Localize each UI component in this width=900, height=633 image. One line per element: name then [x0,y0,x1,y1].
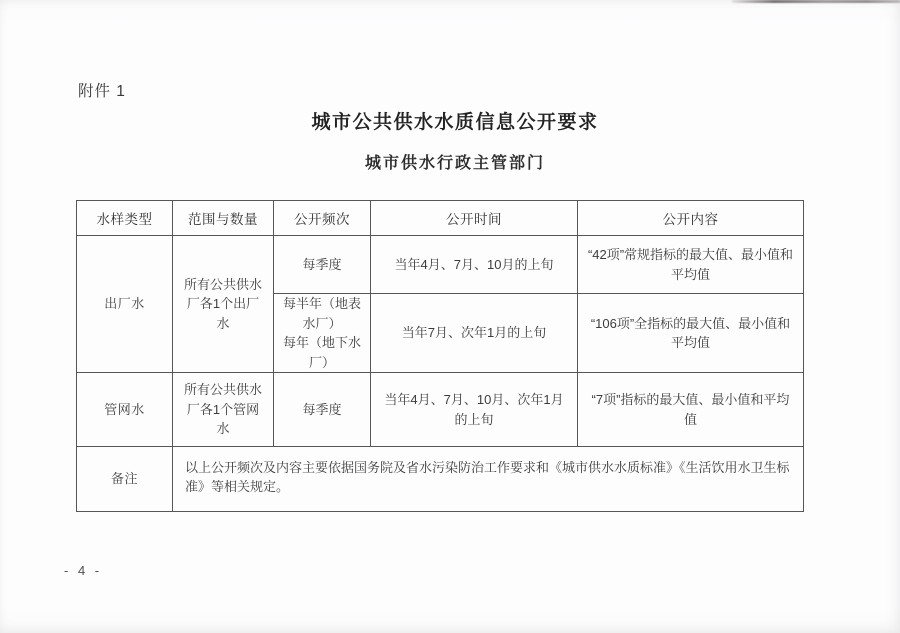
header-disclosure-frequency: 公开频次 [274,201,371,236]
cell-pipe-water-time: 当年4月、7月、10月、次年1月的上旬 [371,373,578,447]
cell-remark-note: 以上公开频次及内容主要依据国务院及省水污染防治工作要求和《城市供水水质标准》《生… [173,447,804,512]
scan-artifact-strip [732,0,900,3]
cell-remark-label: 备注 [77,447,173,512]
table-header-row: 水样类型 范围与数量 公开频次 公开时间 公开内容 [77,201,804,236]
water-quality-disclosure-table: 水样类型 范围与数量 公开频次 公开时间 公开内容 出厂水 所有公共供水厂各1个… [76,200,804,512]
cell-factory-quarterly-time: 当年4月、7月、10月的上旬 [371,236,578,294]
cell-pipe-water-type: 管网水 [77,373,173,447]
table-row-pipe-water: 管网水 所有公共供水厂各1个管网水 每季度 当年4月、7月、10月、次年1月的上… [77,373,804,447]
cell-factory-water-type: 出厂水 [77,236,173,373]
cell-pipe-water-content: “7项”指标的最大值、最小值和平均值 [578,373,804,447]
header-disclosure-content: 公开内容 [578,201,804,236]
scanned-document-page: 附件 1 城市公共供水水质信息公开要求 城市供水行政主管部门 水样类型 范围与数… [0,0,900,633]
cell-factory-semiannual-time: 当年7月、次年1月的上旬 [371,294,578,373]
header-scope-quantity: 范围与数量 [173,201,274,236]
page-number: - 4 - [64,563,102,578]
page-subtitle: 城市供水行政主管部门 [10,150,900,173]
cell-factory-quarterly-content: “42项”常规指标的最大值、最小值和平均值 [578,236,804,294]
table-row-remark: 备注 以上公开频次及内容主要依据国务院及省水污染防治工作要求和《城市供水水质标准… [77,447,804,512]
cell-factory-water-scope: 所有公共供水厂各1个出厂水 [173,236,274,373]
page-title: 城市公共供水水质信息公开要求 [10,107,900,134]
cell-factory-semiannual-content: “106项”全指标的最大值、最小值和平均值 [578,294,804,373]
cell-factory-quarterly-frequency: 每季度 [274,236,371,294]
table-row-factory-water-quarterly: 出厂水 所有公共供水厂各1个出厂水 每季度 当年4月、7月、10月的上旬 “42… [77,236,804,294]
header-disclosure-time: 公开时间 [371,201,578,236]
attachment-label: 附件 1 [78,79,126,101]
header-water-sample-type: 水样类型 [77,201,173,236]
cell-pipe-water-scope: 所有公共供水厂各1个管网水 [173,373,274,447]
cell-factory-semiannual-frequency: 每半年（地表水厂） 每年（地下水厂） [274,294,371,373]
cell-pipe-water-frequency: 每季度 [274,373,371,447]
